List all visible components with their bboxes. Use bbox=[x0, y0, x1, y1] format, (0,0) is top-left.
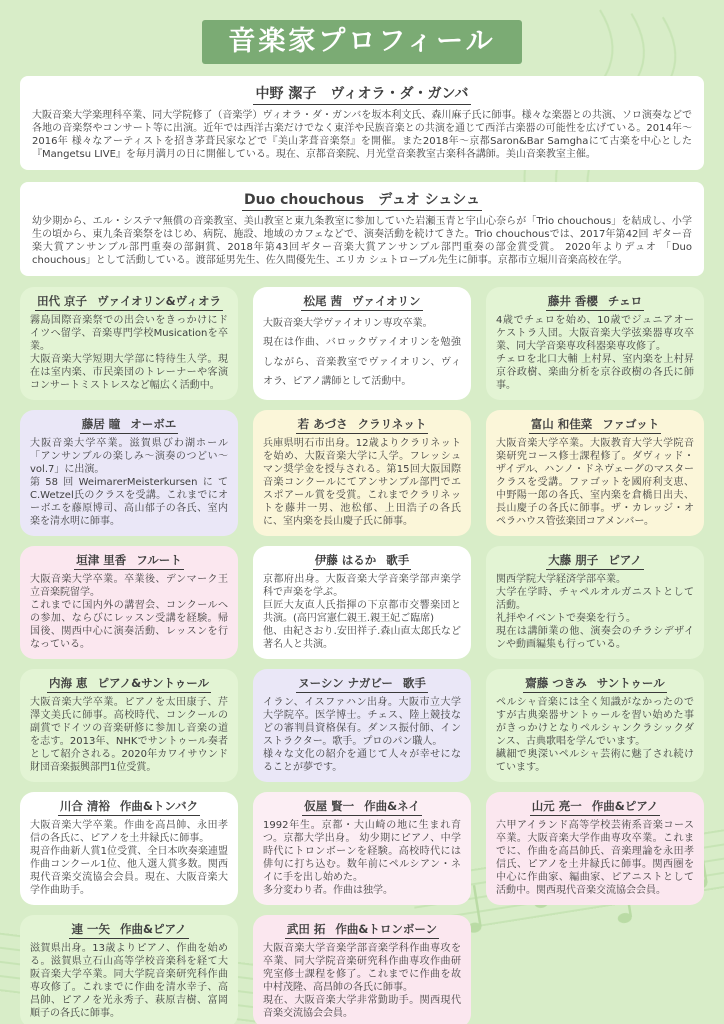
featured-profile-nakano: 中野 潔子ヴィオラ・ダ・ガンバ 大阪音楽大学楽理科卒業、同大学院修了（音楽学）ヴ… bbox=[20, 76, 704, 170]
musician-instrument: ヴィオラ・ダ・ガンバ bbox=[330, 86, 468, 102]
profile-card: 垣津 里香フルート 大阪音楽大学卒業。卒業後、デンマーク王立音楽院留学。 これま… bbox=[20, 546, 238, 659]
musician-bio: 大阪音楽大学卒業。卒業後、デンマーク王立音楽院留学。 これまでに国内外の講習会、… bbox=[30, 573, 228, 651]
musician-bio: 滋賀県出身。13歳よりピアノ、作曲を始める。滋賀県立石山高等学校音楽科を経て大阪… bbox=[30, 942, 228, 1020]
profile-card-title: 伊藤 はるか歌手 bbox=[263, 552, 461, 570]
musician-instrument: チェロ bbox=[608, 294, 642, 308]
profile-card-title: 武田 拓作曲&トロンボーン bbox=[263, 921, 461, 939]
musician-bio: 霧島国際音楽祭での出会いをきっかけにドイツへ留学、音楽専門学校Musicatio… bbox=[30, 314, 228, 392]
musician-bio: 兵庫県明石市出身。12歳よりクラリネットを始め、大阪音楽大学に入学。フレッシュマ… bbox=[263, 437, 461, 528]
musician-name: 藤居 瞳 bbox=[82, 417, 121, 431]
profile-card: 内海 恵ピアノ&サントゥール 大阪音楽大学卒業。ピアノを太田康子、芹澤文美氏に師… bbox=[20, 669, 238, 782]
page-title: 音楽家プロフィール bbox=[202, 20, 521, 64]
musician-name: 川合 清裕 bbox=[60, 799, 110, 813]
musician-instrument: 歌手 bbox=[386, 553, 409, 567]
profile-card-title: 松尾 茜ヴァイオリン bbox=[263, 293, 461, 311]
musician-instrument: 作曲&ピアノ bbox=[120, 922, 187, 936]
musician-name: 若 あづさ bbox=[298, 417, 348, 431]
musician-bio: 大阪音楽大学音楽学部音楽学科作曲専攻を卒業、同大学院音楽研究科作曲専攻作曲研究室… bbox=[263, 942, 461, 1020]
profile-card-title: 大藤 朋子ピアノ bbox=[496, 552, 694, 570]
musician-bio: 幼少期から、エル・システマ無償の音楽教室、美山教室と東九条教室に参加していた岩瀬… bbox=[32, 215, 692, 267]
musician-name: 藤井 香櫻 bbox=[548, 294, 598, 308]
flyer-page: 音楽家プロフィール 中野 潔子ヴィオラ・ダ・ガンバ 大阪音楽大学楽理科卒業、同大… bbox=[0, 0, 724, 1024]
musician-instrument: 作曲&ピアノ bbox=[592, 799, 659, 813]
profile-card-title: 藤居 瞳オーボエ bbox=[30, 416, 228, 434]
profile-card: 藤井 香櫻チェロ 4歳でチェロを始め、10歳でジュニアオーケストラ入団。大阪音楽… bbox=[486, 287, 704, 400]
featured-profile-duo-chouchous: Duo chouchousデュオ シュシュ 幼少期から、エル・システマ無償の音楽… bbox=[20, 182, 704, 276]
profile-card: 仮屋 賢一作曲&ネイ 1992年生。京都・大山崎の地に生まれ育つ。京都大学出身。… bbox=[253, 792, 471, 905]
musician-instrument: ヴァイオリン&ヴィオラ bbox=[97, 294, 221, 308]
profile-card-title: 藤井 香櫻チェロ bbox=[496, 293, 694, 311]
profile-card-title: ヌーシン ナガビー歌手 bbox=[263, 675, 461, 693]
profile-card: ヌーシン ナガビー歌手 イラン、イスファハン出身。大阪市立大学大学院卒。医学博士… bbox=[253, 669, 471, 782]
musician-name: 山元 亮一 bbox=[532, 799, 582, 813]
profile-card-title: 田代 京子ヴァイオリン&ヴィオラ bbox=[30, 293, 228, 311]
musician-bio: 六甲アイランド高等学校芸術系音楽コース卒業。大阪音楽大学作曲専攻卒業。これまでに… bbox=[496, 819, 694, 897]
profile-card: 伊藤 はるか歌手 京都府出身。大阪音楽大学音楽学部声楽学科で声楽を学ぶ。 巨匠大… bbox=[253, 546, 471, 659]
musician-bio: 大阪音楽大学卒業。作曲を高昌帥、永田孝信の各氏に、ピアノを土井緑氏に師事。 現音… bbox=[30, 819, 228, 897]
musician-bio: 大阪音楽大学卒業。ピアノを太田康子、芹澤文美氏に師事。高校時代、コンクールの副賞… bbox=[30, 696, 228, 774]
card-column-2: 松尾 茜ヴァイオリン 大阪音楽大学ヴァイオリン専攻卒業。 現在は作曲、バロックヴ… bbox=[253, 287, 471, 1024]
musician-name: 垣津 里香 bbox=[76, 553, 126, 567]
musician-name: 富山 和佳菜 bbox=[531, 417, 593, 431]
musician-name: 松尾 茜 bbox=[303, 294, 342, 308]
musician-instrument: オーボエ bbox=[130, 417, 176, 431]
musician-bio: 大阪音楽大学卒業。滋賀県びわ湖ホール「アンサンブルの楽しみ〜演奏のつどい〜vol… bbox=[30, 437, 228, 528]
musician-name: 中野 潔子 bbox=[255, 86, 316, 102]
profile-card-title: 仮屋 賢一作曲&ネイ bbox=[263, 798, 461, 816]
musician-instrument: 作曲&トンバク bbox=[120, 799, 198, 813]
musician-bio: 大阪音楽大学卒業。大阪教育大学大学院音楽研究コース修士課程修了。ダヴィッド・ザイ… bbox=[496, 437, 694, 528]
featured-profile-title: 中野 潔子ヴィオラ・ダ・ガンバ bbox=[32, 83, 692, 105]
musician-name: 大藤 朋子 bbox=[548, 553, 598, 567]
profile-card-title: 若 あづさクラリネット bbox=[263, 416, 461, 434]
musician-name: 伊藤 はるか bbox=[315, 553, 377, 567]
profile-card: 山元 亮一作曲&ピアノ 六甲アイランド高等学校芸術系音楽コース卒業。大阪音楽大学… bbox=[486, 792, 704, 905]
profile-card: 松尾 茜ヴァイオリン 大阪音楽大学ヴァイオリン専攻卒業。 現在は作曲、バロックヴ… bbox=[253, 287, 471, 400]
profile-card: 武田 拓作曲&トロンボーン 大阪音楽大学音楽学部音楽学科作曲専攻を卒業、同大学院… bbox=[253, 915, 471, 1024]
musician-bio: ペルシャ音楽には全く知識がなかったのですが古典楽器サントゥールを習い始めた事がき… bbox=[496, 696, 694, 774]
musician-bio: 関西学院大学経済学部卒業。 大学在学時、チャペルオルガニストとして活動。 礼拝や… bbox=[496, 573, 694, 651]
profile-card: 連 一矢作曲&ピアノ 滋賀県出身。13歳よりピアノ、作曲を始める。滋賀県立石山高… bbox=[20, 915, 238, 1024]
card-column-3: 藤井 香櫻チェロ 4歳でチェロを始め、10歳でジュニアオーケストラ入団。大阪音楽… bbox=[486, 287, 704, 905]
profile-card-title: 連 一矢作曲&ピアノ bbox=[30, 921, 228, 939]
profile-card: 川合 清裕作曲&トンバク 大阪音楽大学卒業。作曲を高昌帥、永田孝信の各氏に、ピア… bbox=[20, 792, 238, 905]
musician-instrument: ヴァイオリン bbox=[352, 294, 421, 308]
profile-card: 田代 京子ヴァイオリン&ヴィオラ 霧島国際音楽祭での出会いをきっかけにドイツへ留… bbox=[20, 287, 238, 400]
musician-name: Duo chouchous bbox=[244, 192, 364, 208]
profile-card-title: 内海 恵ピアノ&サントゥール bbox=[30, 675, 228, 693]
featured-profile-title: Duo chouchousデュオ シュシュ bbox=[32, 189, 692, 211]
musician-instrument: クラリネット bbox=[358, 417, 427, 431]
musician-instrument: サントゥール bbox=[597, 676, 665, 690]
musician-name: 仮屋 賢一 bbox=[304, 799, 354, 813]
musician-instrument: フルート bbox=[136, 553, 182, 567]
musician-name: 武田 拓 bbox=[287, 922, 326, 936]
profile-card-title: 垣津 里香フルート bbox=[30, 552, 228, 570]
musician-bio: 大阪音楽大学楽理科卒業、同大学院修了（音楽学）ヴィオラ・ダ・ガンバを坂本利文氏、… bbox=[32, 109, 692, 161]
profile-card: 大藤 朋子ピアノ 関西学院大学経済学部卒業。 大学在学時、チャペルオルガニストと… bbox=[486, 546, 704, 659]
profile-card-grid: 田代 京子ヴァイオリン&ヴィオラ 霧島国際音楽祭での出会いをきっかけにドイツへ留… bbox=[20, 287, 704, 1024]
musician-bio: 4歳でチェロを始め、10歳でジュニアオーケストラ入団。大阪音楽大学弦楽器専攻卒業… bbox=[496, 314, 694, 392]
musician-bio: 京都府出身。大阪音楽大学音楽学部声楽学科で声楽を学ぶ。 巨匠大友直人氏指揮の下京… bbox=[263, 573, 461, 651]
musician-instrument: 歌手 bbox=[403, 676, 426, 690]
musician-name: ヌーシン ナガビー bbox=[298, 676, 393, 690]
musician-bio: 大阪音楽大学ヴァイオリン専攻卒業。 現在は作曲、バロックヴァイオリンを勉強しなが… bbox=[263, 314, 461, 392]
musician-bio: 1992年生。京都・大山崎の地に生まれ育つ。京都大学出身。 幼少期にピアノ、中学… bbox=[263, 819, 461, 897]
profile-card: 若 あづさクラリネット 兵庫県明石市出身。12歳よりクラリネットを始め、大阪音楽… bbox=[253, 410, 471, 536]
musician-instrument: ピアノ bbox=[608, 553, 642, 567]
profile-card-title: 富山 和佳菜ファゴット bbox=[496, 416, 694, 434]
profile-card: 齋藤 つきみサントゥール ペルシャ音楽には全く知識がなかったのですが古典楽器サン… bbox=[486, 669, 704, 782]
profile-card: 富山 和佳菜ファゴット 大阪音楽大学卒業。大阪教育大学大学院音楽研究コース修士課… bbox=[486, 410, 704, 536]
musician-name: 田代 京子 bbox=[37, 294, 87, 308]
musician-bio: イラン、イスファハン出身。大阪市立大学大学院卒。医学博士。チェス、陸上競技などの… bbox=[263, 696, 461, 774]
musician-instrument: 作曲&ネイ bbox=[364, 799, 420, 813]
musician-instrument: デュオ シュシュ bbox=[378, 192, 480, 208]
card-column-1: 田代 京子ヴァイオリン&ヴィオラ 霧島国際音楽祭での出会いをきっかけにドイツへ留… bbox=[20, 287, 238, 1024]
musician-name: 齋藤 つきみ bbox=[525, 676, 587, 690]
profile-card: 藤居 瞳オーボエ 大阪音楽大学卒業。滋賀県びわ湖ホール「アンサンブルの楽しみ〜演… bbox=[20, 410, 238, 536]
profile-card-title: 齋藤 つきみサントゥール bbox=[496, 675, 694, 693]
musician-instrument: ファゴット bbox=[602, 417, 659, 431]
musician-instrument: 作曲&トロンボーン bbox=[335, 922, 437, 936]
profile-card-title: 川合 清裕作曲&トンバク bbox=[30, 798, 228, 816]
musician-name: 内海 恵 bbox=[49, 676, 88, 690]
profile-card-title: 山元 亮一作曲&ピアノ bbox=[496, 798, 694, 816]
musician-name: 連 一矢 bbox=[71, 922, 110, 936]
musician-instrument: ピアノ&サントゥール bbox=[98, 676, 210, 690]
